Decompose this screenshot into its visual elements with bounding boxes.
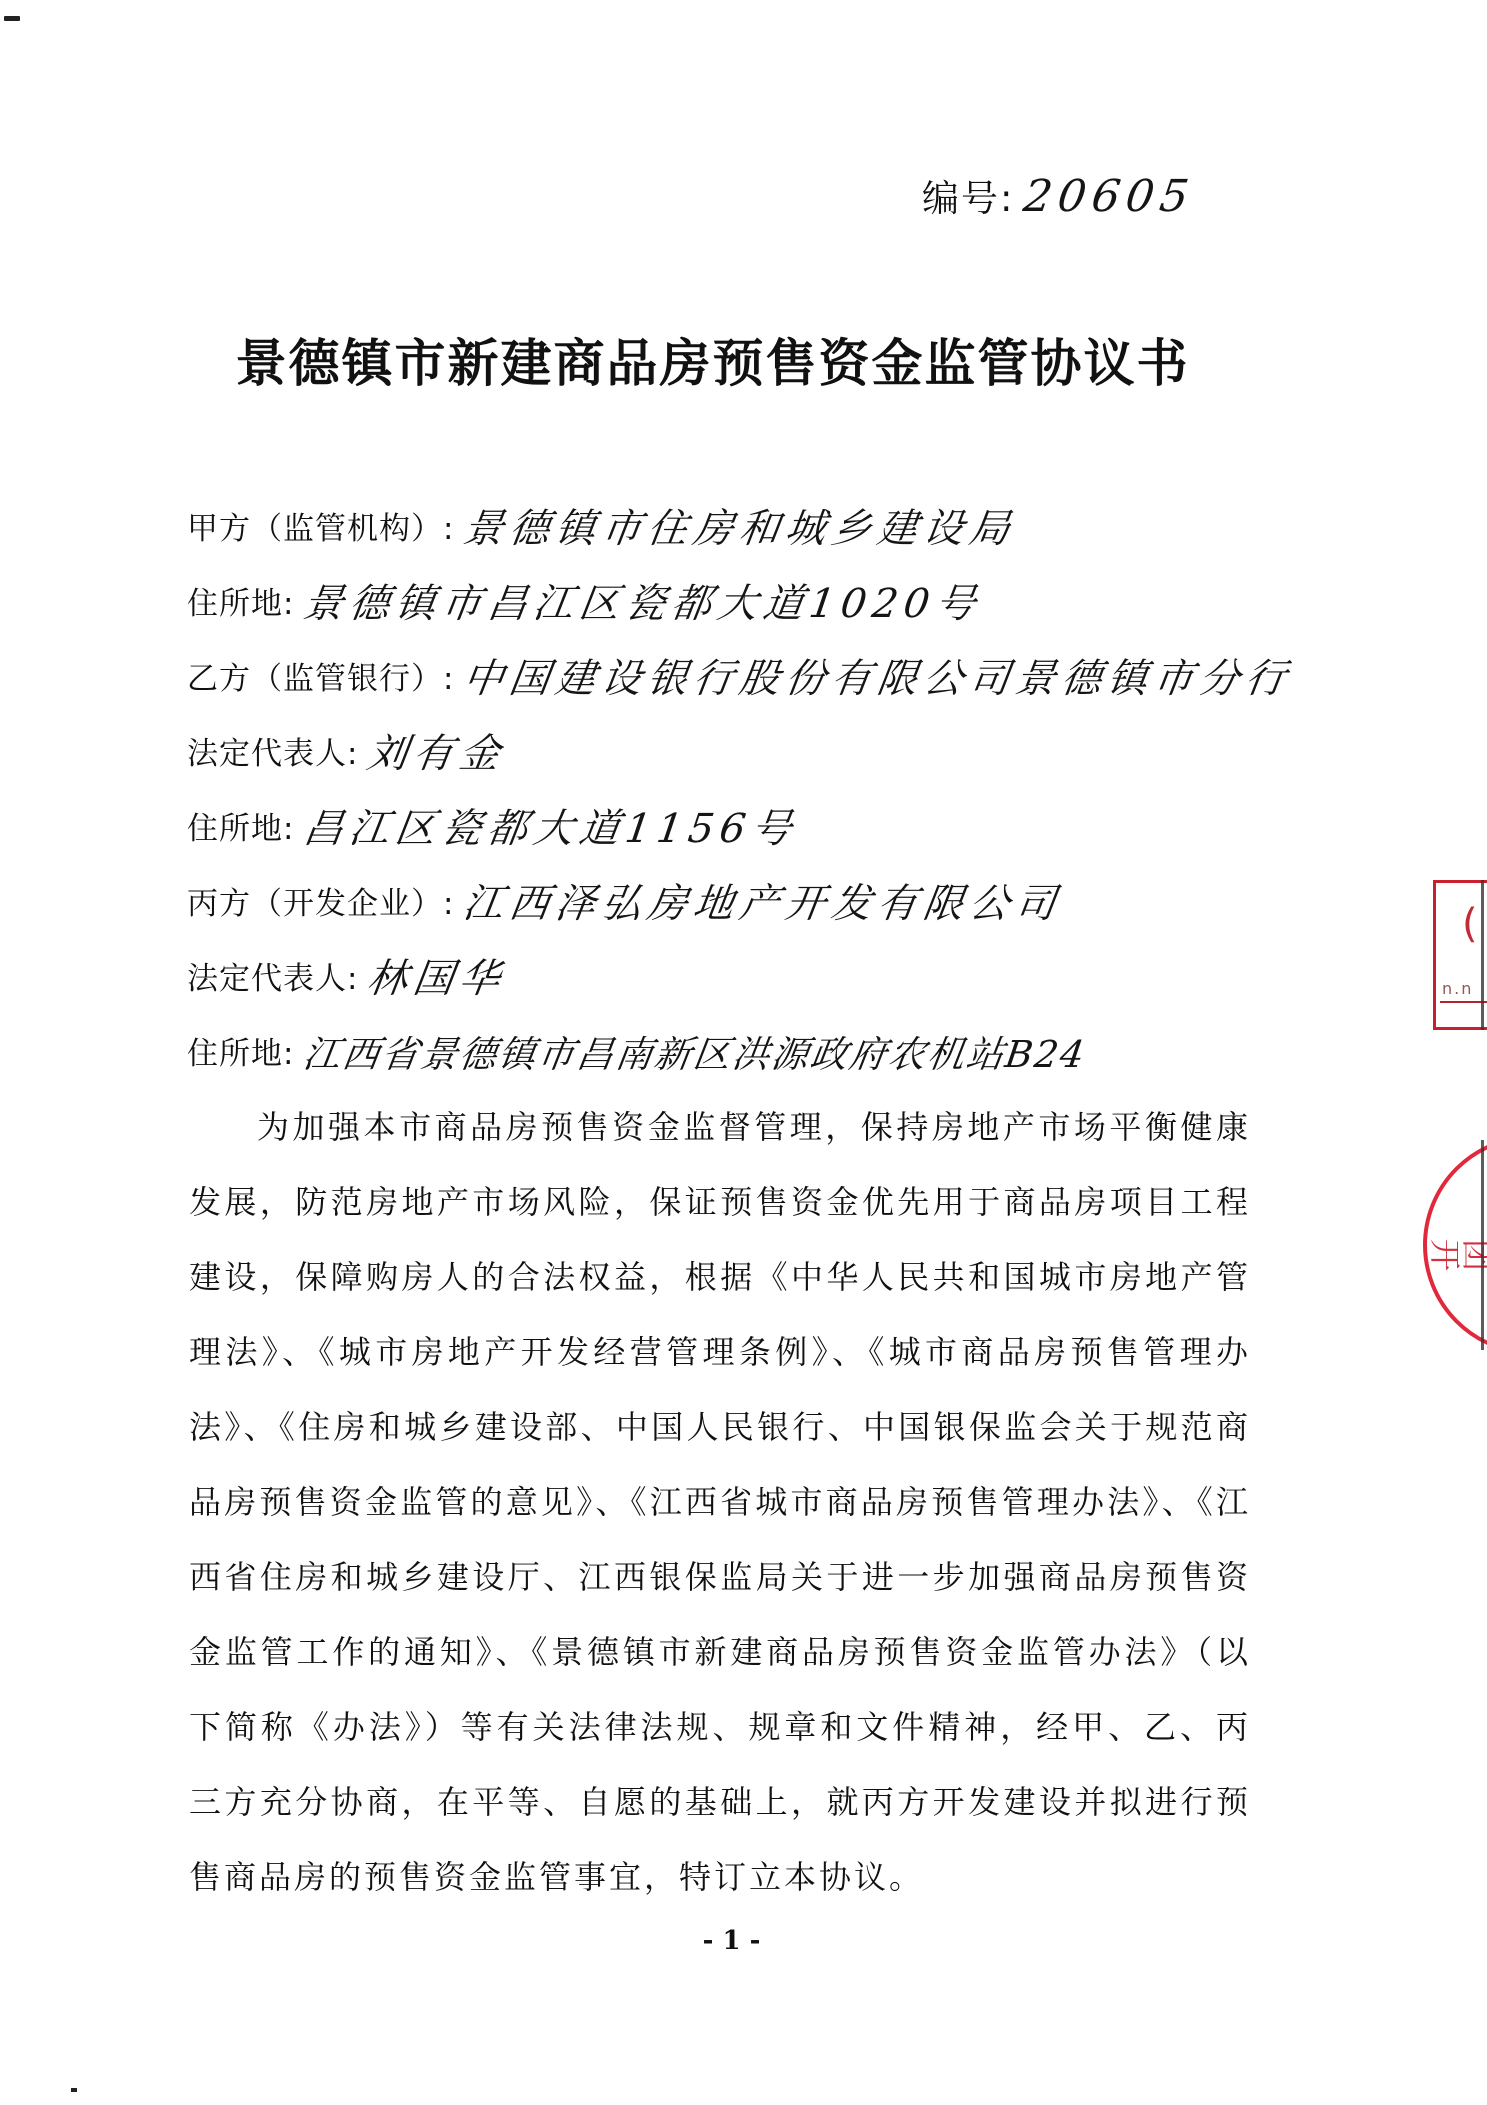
page-edge-shadow [1481,880,1484,1030]
party-b-representative-label: 法定代表人: [187,728,358,773]
square-seal-partial-text: n.n [1442,979,1473,999]
document-page: 编号: 20605 景德镇市新建商品房预售资金监管协议书 甲方（监管机构）: 景… [0,0,1487,2105]
party-b-address-label: 住所地: [187,803,294,848]
party-a-address-row: 住所地: 景德镇市昌江区瓷都大道1020号 [187,563,1337,638]
party-b-label: 乙方（监管银行）: [187,653,454,698]
party-b-value: 中国建设银行股份有限公司景德镇市分行 [460,647,1296,704]
document-number-value: 20605 [1021,171,1198,222]
party-c-address-label: 住所地: [187,1028,294,1073]
party-c-representative-value: 林国华 [364,947,510,1004]
preamble-paragraph: 为加强本市商品房预售资金监督管理，保持房地产市场平衡健康发展，防范房地产市场风险… [189,1090,1251,1915]
scan-speck [71,2088,77,2092]
document-number-label: 编号: [922,168,1014,222]
party-a-address-label: 住所地: [187,578,294,623]
party-b-address-row: 住所地: 昌江区瓷都大道1156号 [187,788,1337,863]
party-c-representative-row: 法定代表人: 林国华 [187,938,1337,1013]
scan-corner-mark [4,16,20,21]
square-seal-stamp: ( n.n [1433,880,1487,1030]
party-a-value: 景德镇市住房和城乡建设局 [460,497,1020,554]
square-seal-glyph: ( [1462,901,1478,947]
square-seal-divider [1440,1001,1487,1003]
party-c-address-row: 住所地: 江西省景德镇市昌南新区洪源政府农机站B24 [187,1013,1337,1088]
party-c-address-value: 江西省景德镇市昌南新区洪源政府农机站B24 [301,1024,1091,1078]
party-c-label: 丙方（开发企业）: [187,878,454,923]
document-title: 景德镇市新建商品房预售资金监管协议书 [0,322,1487,396]
party-b-representative-value: 刘有金 [364,722,510,779]
party-a-row: 甲方（监管机构）: 景德镇市住房和城乡建设局 [187,488,1337,563]
party-c-representative-label: 法定代表人: [187,953,358,998]
party-a-address-value: 景德镇市昌江区瓷都大道1020号 [300,572,986,629]
party-c-value: 江西泽弘房地产开发有限公司 [460,872,1066,929]
page-edge-shadow [1481,1140,1484,1350]
round-seal-text: 公房团开 [1430,1224,1487,1274]
party-a-label: 甲方（监管机构）: [187,503,454,548]
party-b-row: 乙方（监管银行）: 中国建设银行股份有限公司景德镇市分行 [187,638,1337,713]
party-b-representative-row: 法定代表人: 刘有金 [187,713,1337,788]
parties-section: 甲方（监管机构）: 景德镇市住房和城乡建设局 住所地: 景德镇市昌江区瓷都大道1… [187,488,1337,1088]
page-number: - 1 - [0,1926,1487,1956]
document-number: 编号: 20605 [922,168,1194,222]
party-b-address-value: 昌江区瓷都大道1156号 [300,797,802,854]
round-seal-stamp: 公房团开 [1423,1135,1487,1355]
party-c-row: 丙方（开发企业）: 江西泽弘房地产开发有限公司 [187,863,1337,938]
